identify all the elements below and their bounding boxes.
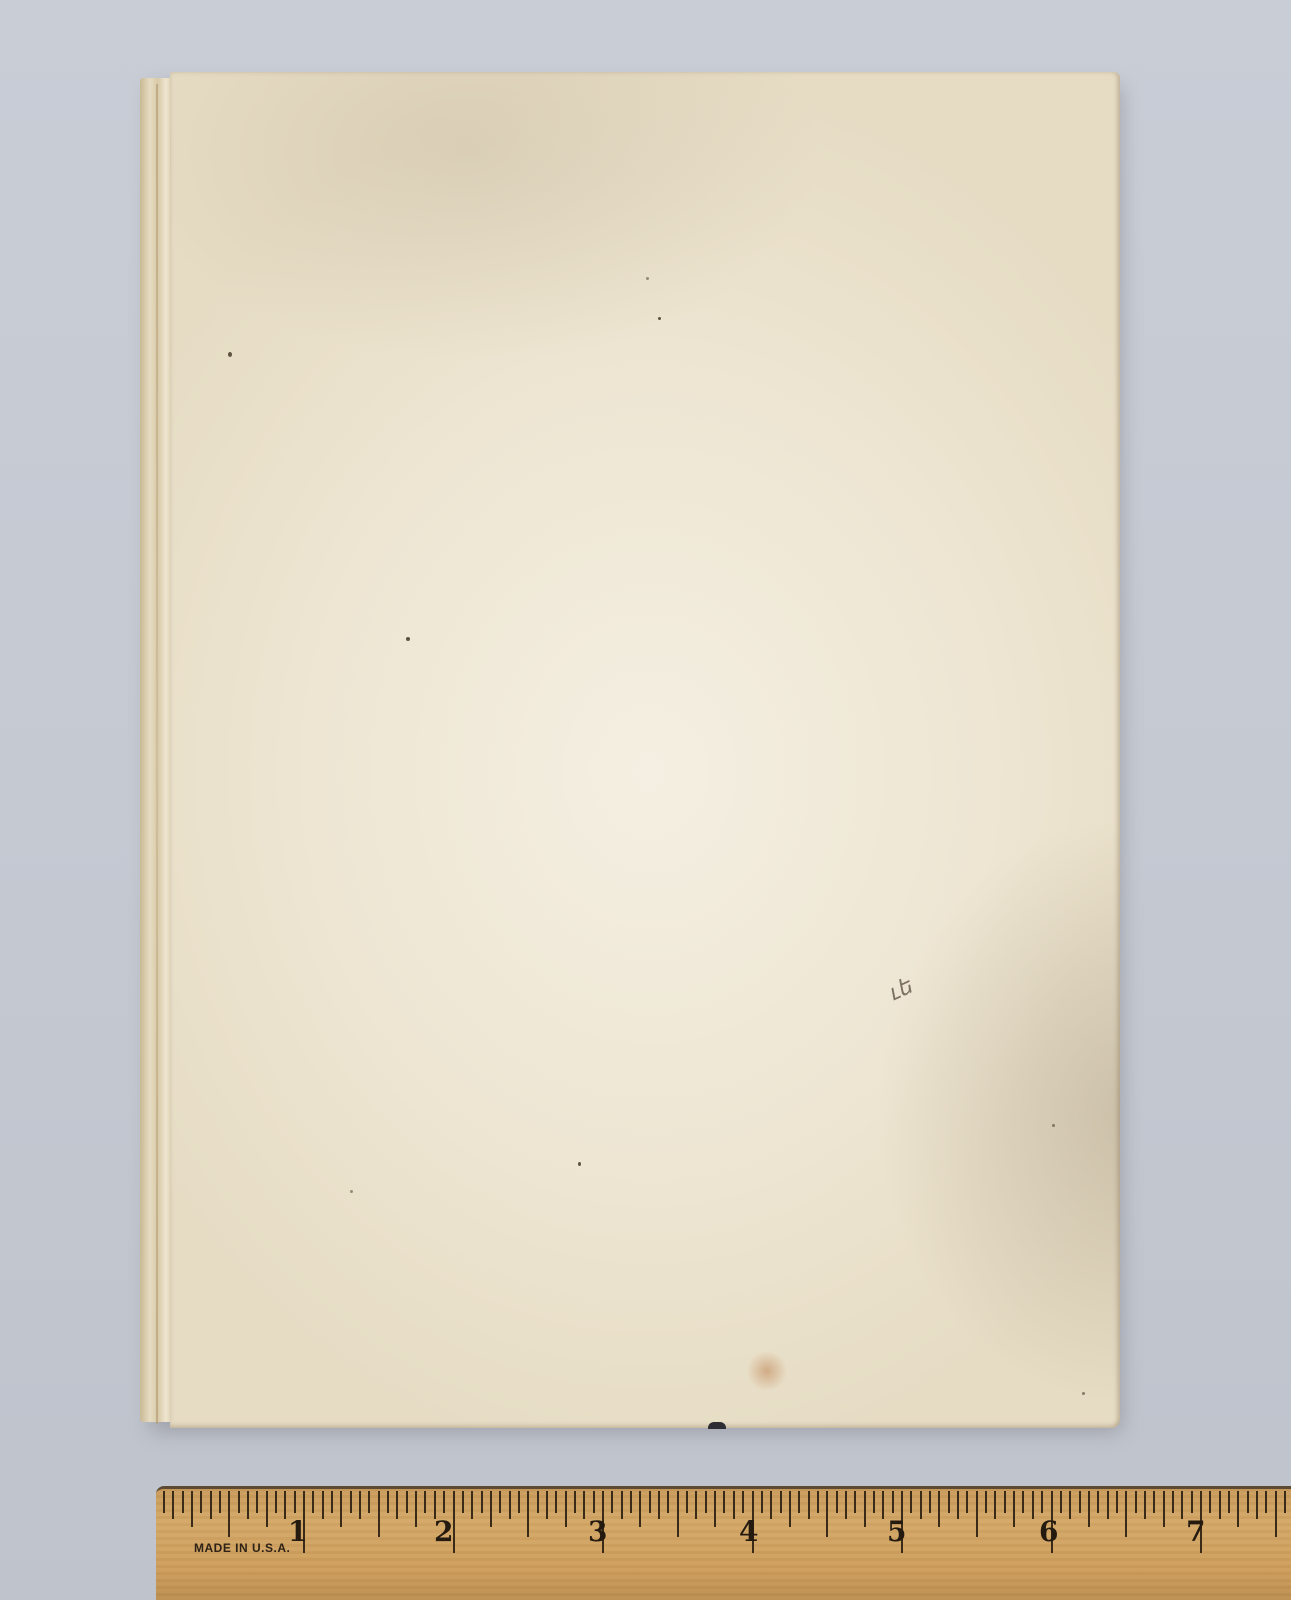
ruler-tick	[948, 1491, 950, 1513]
ruler-tick	[1144, 1491, 1146, 1519]
ruler-tick	[966, 1491, 968, 1513]
ruler-tick	[611, 1491, 613, 1513]
ruler-tick	[443, 1491, 445, 1513]
ruler-tick	[1032, 1491, 1034, 1519]
ruler-tick	[415, 1491, 417, 1527]
ruler-tick	[565, 1491, 567, 1527]
ruler-tick	[695, 1491, 697, 1519]
book-back-cover: ւե	[170, 72, 1120, 1428]
ruler-tick	[256, 1491, 258, 1513]
ruler-tick	[845, 1491, 847, 1519]
ruler-tick	[266, 1491, 268, 1527]
cover-speck	[1082, 1392, 1085, 1395]
ruler-tick	[406, 1491, 408, 1513]
spine-crease	[156, 84, 158, 1424]
wooden-ruler: MADE IN U.S.A. 1 2 3 4 5 6 7	[156, 1486, 1291, 1600]
cover-speck	[406, 637, 410, 641]
ruler-tick	[340, 1491, 342, 1527]
inch-label-2: 2	[434, 1515, 453, 1548]
ruler-tick	[1041, 1491, 1043, 1513]
ruler-tick	[191, 1491, 193, 1527]
cover-speck	[350, 1190, 353, 1193]
ruler-tick	[1284, 1491, 1286, 1513]
ruler-tick	[836, 1491, 838, 1513]
ruler-tick	[994, 1491, 996, 1519]
ruler-tick	[163, 1491, 165, 1513]
ruler-tick	[1237, 1491, 1239, 1527]
inch-label-4: 4	[739, 1515, 758, 1548]
ruler-tick	[574, 1491, 576, 1513]
ruler-tick	[639, 1491, 641, 1527]
ruler-tick	[1088, 1491, 1090, 1527]
ruler-tick	[1116, 1491, 1118, 1513]
ruler-tick	[350, 1491, 352, 1513]
ruler-tick	[770, 1491, 772, 1519]
ruler-tick	[1265, 1491, 1267, 1513]
ruler-tick	[1004, 1491, 1006, 1513]
ruler-imprint: MADE IN U.S.A.	[194, 1541, 290, 1555]
ruler-tick	[873, 1491, 875, 1513]
ruler-tick	[686, 1491, 688, 1513]
ruler-tick	[172, 1491, 174, 1519]
ruler-tick	[210, 1491, 212, 1519]
ruler-tick	[490, 1491, 492, 1527]
ruler-tick	[238, 1491, 240, 1513]
ruler-tick	[219, 1491, 221, 1513]
ruler-tick	[322, 1491, 324, 1519]
inch-label-6: 6	[1039, 1515, 1058, 1548]
inch-label-1: 1	[288, 1515, 307, 1548]
ruler-tick	[499, 1491, 501, 1513]
ruler-tick	[1275, 1491, 1277, 1537]
ruler-tick	[1135, 1491, 1137, 1513]
ruler-tick	[1013, 1491, 1015, 1527]
ruler-tick	[780, 1491, 782, 1513]
cover-stain	[745, 1352, 789, 1390]
ruler-tick	[929, 1491, 931, 1513]
pencil-mark: ւե	[884, 973, 916, 1007]
bottom-edge-mark	[708, 1422, 726, 1429]
ruler-tick	[789, 1491, 791, 1527]
ruler-tick	[387, 1491, 389, 1513]
inch-label-5: 5	[887, 1515, 906, 1548]
ruler-tick	[509, 1491, 511, 1519]
ruler-tick	[593, 1491, 595, 1513]
cover-speck	[658, 317, 661, 320]
ruler-tick	[1209, 1491, 1211, 1513]
ruler-tick	[714, 1491, 716, 1527]
ruler-tick	[864, 1491, 866, 1527]
ruler-tick	[957, 1491, 959, 1519]
cover-speck	[1052, 1124, 1055, 1127]
ruler-tick	[368, 1491, 370, 1513]
ruler-tick	[518, 1491, 520, 1513]
book: ւե	[140, 72, 1120, 1428]
ruler-tick	[471, 1491, 473, 1519]
ruler-tick	[1191, 1491, 1193, 1513]
ruler-tick	[910, 1491, 912, 1513]
ruler-tick	[1219, 1491, 1221, 1519]
ruler-tick	[976, 1491, 978, 1537]
ruler-tick	[247, 1491, 249, 1519]
ruler-tick	[938, 1491, 940, 1527]
ruler-tick	[892, 1491, 894, 1513]
ruler-tick	[527, 1491, 529, 1537]
ruler-tick	[761, 1491, 763, 1513]
inch-label-7: 7	[1186, 1515, 1205, 1548]
ruler-tick	[920, 1491, 922, 1519]
ruler-tick	[1163, 1491, 1165, 1527]
ruler-tick	[1153, 1491, 1155, 1513]
ruler-tick	[396, 1491, 398, 1519]
ruler-tick	[1125, 1491, 1127, 1537]
ruler-tick	[705, 1491, 707, 1513]
ruler-tick	[481, 1491, 483, 1513]
ruler-tick	[826, 1491, 828, 1537]
cover-speck	[578, 1162, 581, 1166]
ruler-tick	[985, 1491, 987, 1513]
ruler-tick	[1060, 1491, 1062, 1513]
ruler-tick	[808, 1491, 810, 1519]
ruler-tick	[798, 1491, 800, 1513]
ruler-tick	[667, 1491, 669, 1513]
ruler-tick	[182, 1491, 184, 1513]
ruler-tick	[733, 1491, 735, 1519]
ruler-tick	[275, 1491, 277, 1513]
ruler-tick	[1228, 1491, 1230, 1513]
ruler-tick	[200, 1491, 202, 1513]
ruler-tick	[854, 1491, 856, 1513]
ruler-tick	[331, 1491, 333, 1513]
ruler-tick	[1181, 1491, 1183, 1519]
ruler-tick	[1107, 1491, 1109, 1519]
ruler-tick	[649, 1491, 651, 1513]
ruler-tick	[817, 1491, 819, 1513]
ruler-tick	[1022, 1491, 1024, 1513]
ruler-tick	[228, 1491, 230, 1537]
ruler-tick	[621, 1491, 623, 1519]
cover-speck	[646, 277, 649, 280]
inch-label-3: 3	[588, 1515, 607, 1548]
ruler-tick	[1097, 1491, 1099, 1513]
ruler-tick	[1172, 1491, 1174, 1513]
ruler-tick	[1069, 1491, 1071, 1519]
ruler-tick	[1256, 1491, 1258, 1519]
ruler-tick	[882, 1491, 884, 1519]
ruler-tick	[312, 1491, 314, 1513]
ruler-tick	[1079, 1491, 1081, 1513]
ruler-tick	[583, 1491, 585, 1519]
ruler-tick	[462, 1491, 464, 1513]
ruler-tick	[555, 1491, 557, 1513]
ruler-tick	[742, 1491, 744, 1513]
ruler-tick	[723, 1491, 725, 1513]
ruler-tick	[378, 1491, 380, 1537]
ruler-tick	[284, 1491, 286, 1519]
ruler-tick	[546, 1491, 548, 1519]
ruler-tick	[677, 1491, 679, 1537]
ruler-tick	[537, 1491, 539, 1513]
ruler-tick	[658, 1491, 660, 1519]
ruler-tick	[630, 1491, 632, 1513]
cover-speck	[228, 352, 232, 357]
ruler-tick	[359, 1491, 361, 1519]
ruler-tick	[1247, 1491, 1249, 1513]
ruler-tick	[424, 1491, 426, 1513]
ruler-tick	[294, 1491, 296, 1513]
